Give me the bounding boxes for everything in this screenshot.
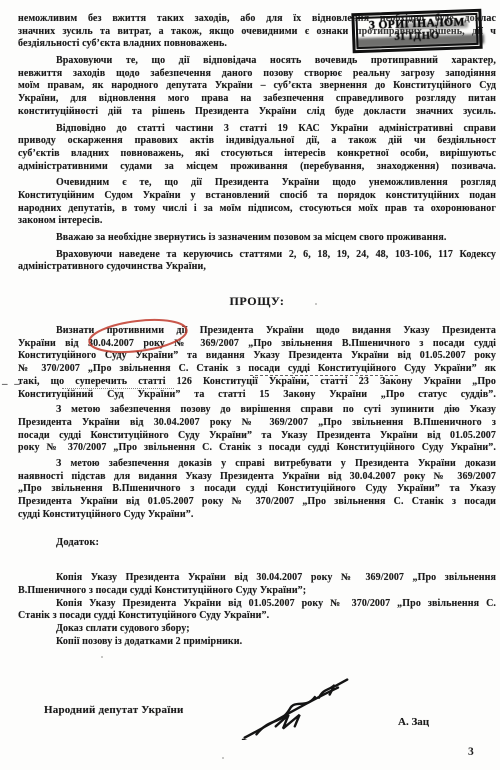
text-line: З метою забезпечення доказів у справі ви… <box>18 458 496 471</box>
dashed-underline-annotation <box>250 375 398 376</box>
text-line: Президента України від 01.05.2007 року №… <box>18 496 496 509</box>
text-line: приводу оскарження правових актів індиві… <box>18 135 496 148</box>
text-line: конституційності дій та рішень Президент… <box>18 106 496 119</box>
text-line: такі, що суперечить статті 126 Конституц… <box>18 376 496 389</box>
paragraph: Враховуючи наведене та керуючись статтям… <box>18 249 496 274</box>
text-line: наявності підстав для видання Указу През… <box>18 471 496 484</box>
noise-speck <box>489 62 491 64</box>
text-line: „Про звільнення В.Пшеничного з посади су… <box>18 483 496 496</box>
attachments-list: Копія Указу Президента України від 30.04… <box>18 572 496 648</box>
text-line: суб’єктів владних повноважень, які стосу… <box>18 148 496 161</box>
scanned-document-page: неможливим без вжиття таких заходів, або… <box>0 0 500 770</box>
attachments-heading: Додаток: <box>18 537 496 548</box>
text-line: Копія Указу Президента України від 01.05… <box>18 598 496 611</box>
text-line: Конституційним Судом України у встановле… <box>18 190 496 203</box>
text-line: № 370/2007 „Про звільнення С. Станік з п… <box>18 363 496 376</box>
dotted-underline-annotation <box>62 388 174 389</box>
margin-mark-annotation: – – <box>2 378 22 390</box>
noise-speck <box>222 757 224 759</box>
text-line: адміністративного судочинства України, <box>18 261 496 274</box>
text-line: невжиття заходів щодо забезпечення даног… <box>18 68 496 81</box>
paragraph: Очевидним є те, що дії Президента Україн… <box>18 177 496 228</box>
signer-role-label: Народний депутат України <box>44 704 184 716</box>
text-line: народних депутатів, в тому числі і за мо… <box>18 203 496 216</box>
text-line: року № 370/2007 „Про звільнення С. Стані… <box>18 442 496 455</box>
certification-stamp-border: З ОРИГІНАЛОМ ЗГІДНО <box>355 13 478 49</box>
noise-speck <box>101 656 103 658</box>
text-line: адміністративними судами за місцем прожи… <box>18 161 496 174</box>
text-line: Враховуючи наведене та керуючись статтям… <box>18 249 496 262</box>
text-line: Враховуючи те, що дії відповідача носять… <box>18 55 496 68</box>
request-heading: ПРОЩУ: <box>18 294 496 309</box>
text-line: Вважаю за необхідне звернутись із зазнач… <box>18 232 496 245</box>
text-line: В.Пшеничного з посади судді Конституційн… <box>18 585 496 598</box>
certification-stamp: З ОРИГІНАЛОМ ЗГІДНО <box>351 9 482 54</box>
paragraph-request-2: З метою забезпечення позову до вирішення… <box>18 404 496 455</box>
text-line: З метою забезпечення позову до вирішення… <box>18 404 496 417</box>
text-line: законом інтересів. <box>18 215 496 228</box>
text-line: Очевидним є те, що дії Президента Україн… <box>18 177 496 190</box>
text-line: Конституційний Суд України” та статті 15… <box>18 389 496 402</box>
text-line: Копія Указу Президента України від 30.04… <box>18 572 496 585</box>
text-line: України, для відновлення мого права на з… <box>18 93 496 106</box>
text-line: Копії позову із додатками 2 примірники. <box>18 636 496 649</box>
text-line: Доказ сплати судового збору; <box>18 623 496 636</box>
paragraph-request-3: З метою забезпечення доказів у справі ви… <box>18 458 496 521</box>
text-line: посади судді Конституційного Суду Україн… <box>18 430 496 443</box>
text-line: Президента України від 30.04.2007 року №… <box>18 417 496 430</box>
paragraph: Враховуючи те, що дії відповідача носять… <box>18 55 496 118</box>
paragraph: Відповідно до статті частини 3 статті 19… <box>18 123 496 174</box>
text-line: Станік з посади судді Конституційного Су… <box>18 610 496 623</box>
red-circle-annotation <box>86 317 190 359</box>
page-number: 3 <box>468 746 474 758</box>
paragraph: Вважаю за необхідне звернутись із зазнач… <box>18 232 496 245</box>
signature-scribble <box>238 678 356 740</box>
text-line: моїм правам, як народного депутата Украї… <box>18 80 496 93</box>
noise-speck <box>315 303 317 305</box>
text-line: Відповідно до статті частини 3 статті 19… <box>18 123 496 136</box>
signer-name: А. Зац <box>398 716 429 728</box>
text-line: судді Конституційного Суду України”. <box>18 509 496 522</box>
